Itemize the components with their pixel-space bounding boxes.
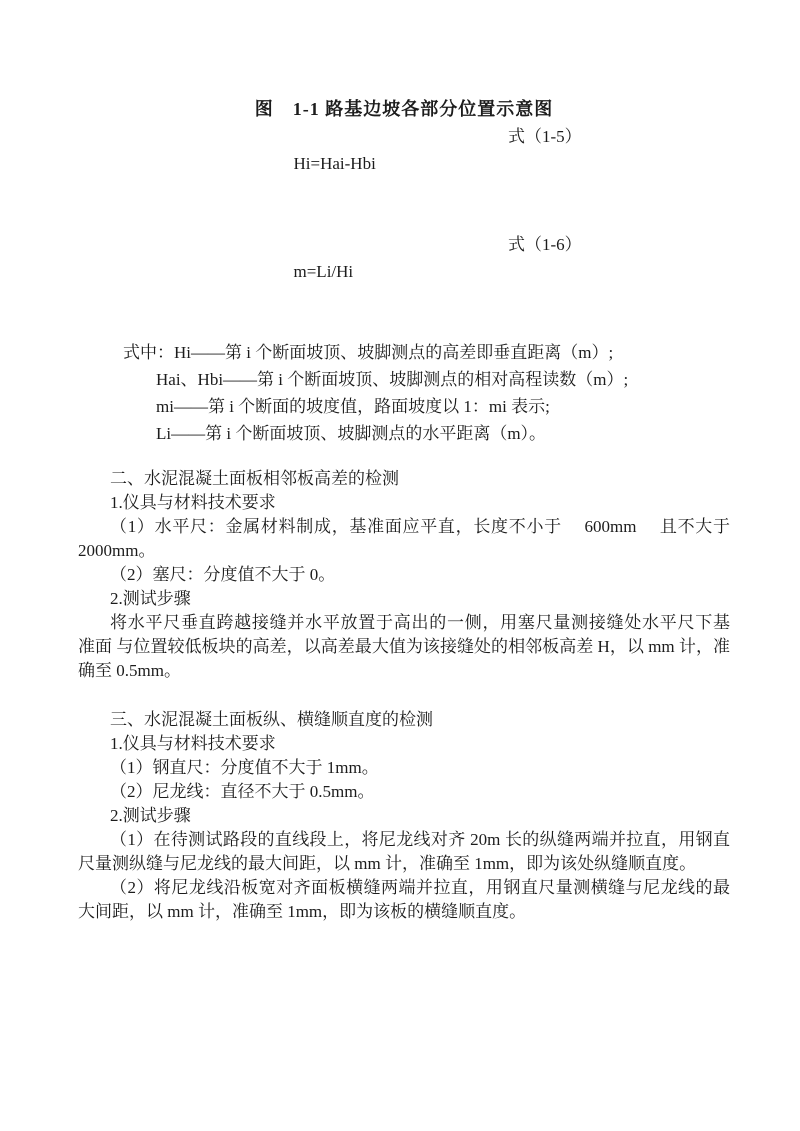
section-3-item-1: （1）钢直尺：分度值不大于 1mm。: [78, 756, 730, 780]
definition-line: Li——第 i 个断面坡顶、坡脚测点的水平距离（m）。: [78, 420, 730, 447]
formula-line-2: m=Li/Hi 式（1-6）: [78, 231, 730, 339]
formula-label: 式（1-6）: [508, 231, 582, 258]
section-2-heading: 二、水泥混凝土面板相邻板高差的检测: [78, 467, 730, 491]
formula-line-1: Hi=Hai-Hbi 式（1-5）: [78, 123, 730, 231]
section-2-requirements-heading: 1.仪具与材料技术要求: [78, 491, 730, 515]
section-3-step-1-line-2: 尺量测纵缝与尼龙线的最大间距，以 mm 计，准确至 1mm，即为该处纵缝顺直度。: [78, 852, 730, 876]
section-3-requirements-heading: 1.仪具与材料技术要求: [78, 732, 730, 756]
section-2-item-1-line-1: （1）水平尺：金属材料制成，基准面应平直，长度不小于 600mm 且不大于: [78, 515, 730, 539]
section-3-item-2: （2）尼龙线：直径不大于 0.5mm。: [78, 780, 730, 804]
section-3-step-2-line-1: （2）将尼龙线沿板宽对齐面板横缝两端并拉直，用钢直尺量测横缝与尼龙线的最: [78, 876, 730, 900]
figure-caption: 图 1-1 路基边坡各部分位置示意图: [78, 96, 730, 123]
section-2-step-line-1: 将水平尺垂直跨越接缝并水平放置于高出的一侧，用塞尺量测接缝处水平尺下基: [78, 611, 730, 635]
document-page: 图 1-1 路基边坡各部分位置示意图 Hi=Hai-Hbi 式（1-5） m=L…: [0, 0, 800, 1131]
formula-expression: Hi=Hai-Hbi: [294, 154, 376, 173]
section-3-steps-heading: 2.测试步骤: [78, 804, 730, 828]
section-2-steps-heading: 2.测试步骤: [78, 587, 730, 611]
blank-line: [78, 447, 730, 467]
section-2-step-line-2: 准面 与位置较低板块的高差，以高差最大值为该接缝处的相邻板高差 H，以 mm 计…: [78, 635, 730, 659]
definition-line: mi——第 i 个断面的坡度值，路面坡度以 1：mi 表示;: [78, 393, 730, 420]
section-2-step-line-3: 确至 0.5mm。: [78, 659, 730, 683]
formula-label: 式（1-5）: [508, 123, 582, 150]
section-3: 三、水泥混凝土面板纵、横缝顺直度的检测 1.仪具与材料技术要求 （1）钢直尺：分…: [78, 708, 730, 924]
section-2-item-1-line-2: 2000mm。: [78, 539, 730, 563]
section-2-item-2: （2）塞尺：分度值不大于 0。: [78, 563, 730, 587]
figure-and-formula-block: 图 1-1 路基边坡各部分位置示意图 Hi=Hai-Hbi 式（1-5） m=L…: [78, 96, 730, 447]
where-clause-intro: 式中：Hi——第 i 个断面坡顶、坡脚测点的高差即垂直距离（m）;: [78, 339, 730, 366]
formula-expression: m=Li/Hi: [294, 262, 354, 281]
blank-line: [78, 683, 730, 708]
section-2: 二、水泥混凝土面板相邻板高差的检测 1.仪具与材料技术要求 （1）水平尺：金属材…: [78, 467, 730, 683]
section-3-step-1-line-1: （1）在待测试路段的直线段上，将尼龙线对齐 20m 长的纵缝两端并拉直，用钢直: [78, 828, 730, 852]
definition-line: Hai、Hbi——第 i 个断面坡顶、坡脚测点的相对高程读数（m）;: [78, 366, 730, 393]
section-3-heading: 三、水泥混凝土面板纵、横缝顺直度的检测: [78, 708, 730, 732]
section-3-step-2-line-2: 大间距，以 mm 计，准确至 1mm，即为该板的横缝顺直度。: [78, 900, 730, 924]
